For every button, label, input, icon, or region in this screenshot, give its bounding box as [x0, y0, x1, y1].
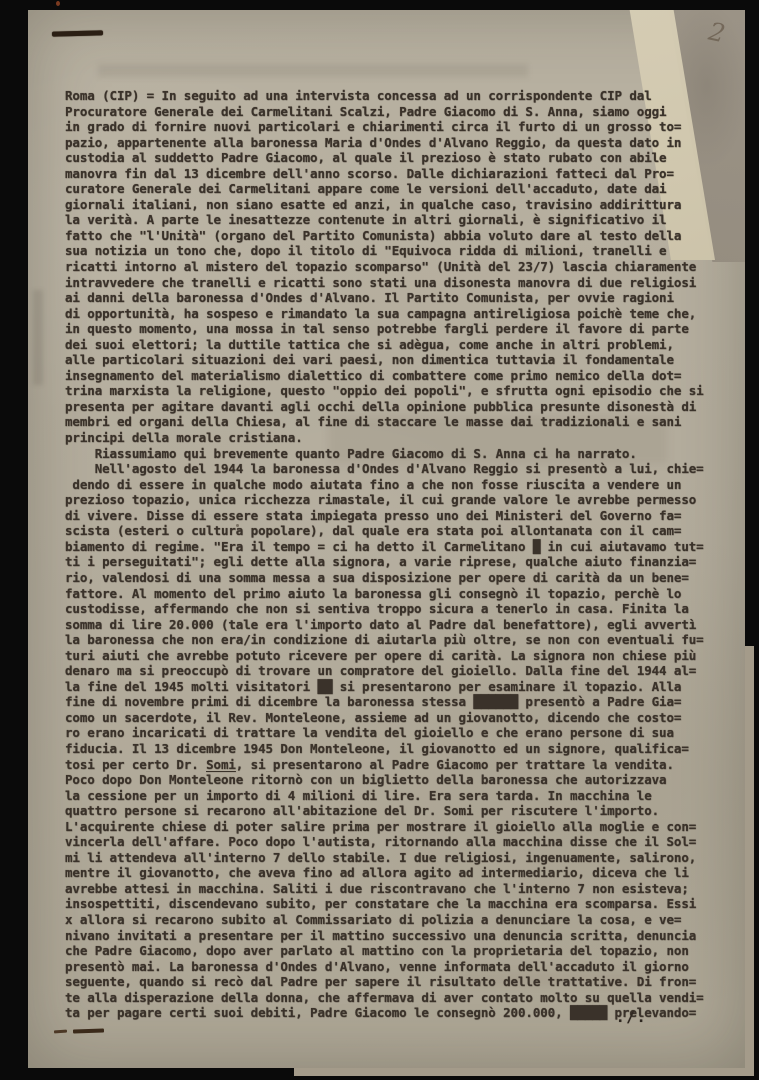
pen-mark-top-left [52, 30, 103, 36]
margin-smudge [33, 290, 43, 385]
text-line: seguente, quando si recò dal Padre per s… [65, 974, 725, 990]
underlined-text: Somi [206, 757, 236, 772]
text-line: dendo di essere in qualche modo aiutata … [65, 477, 725, 493]
text-line: insospettiti, discendevano subito, per c… [65, 896, 725, 912]
text-line: vincerla dell'affare. Poco dopo l'autist… [65, 834, 725, 850]
document-page: 2 Roma (CIP) = In seguito ad una intervi… [28, 10, 745, 1068]
text-line: tosi per certo Dr. Somi, si presentarono… [65, 757, 725, 773]
text-line: mentre il giovanotto, che aveva fino ad … [65, 865, 725, 881]
text-line: intravvedere che tranelli e ricatti sono… [65, 275, 725, 291]
text-line: giornali italiani, non siano esatte ed a… [65, 197, 725, 213]
text-line: la baronessa che non era/in condizione d… [65, 632, 725, 648]
text-line: prezioso topazio, unica ricchezza rimast… [65, 492, 725, 508]
text-line: sua notizia un tono che, dopo il titolo … [65, 243, 725, 259]
text-line: fiducia. Il 13 dicembre 1945 Don Montele… [65, 741, 725, 757]
text-line: presentò mai. La baronessa d'Ondes d'Alv… [65, 959, 725, 975]
text-line: la fine del 1945 molti visitatori ██ si … [65, 679, 725, 695]
text-line: nivano invitati a presentare per il matt… [65, 928, 725, 944]
text-line: mi li attendeva all'interno 7 dello stab… [65, 850, 725, 866]
text-line: trina marxista la religione, questo "opp… [65, 383, 725, 399]
paper-speck [56, 1, 60, 6]
text-line: Nell'agosto del 1944 la baronessa d'Onde… [65, 461, 725, 477]
text-line: Riassumiamo qui brevemente quanto Padre … [65, 446, 725, 462]
typed-text: Roma (CIP) = In seguito ad una intervist… [65, 88, 725, 1021]
text-line: te alla disperazione della donna, che af… [65, 990, 725, 1006]
text-line: dei suoi elettori; la duttile tattica ch… [65, 337, 725, 353]
text-line: alle particolari situazioni dei vari pae… [65, 352, 725, 368]
text-line: somma di lire 20.000 (tale era l'importo… [65, 617, 725, 633]
text-line: fine di novembre primi di dicembre la ba… [65, 694, 725, 710]
text-line: Poco dopo Don Monteleone ritornò con un … [65, 772, 725, 788]
text-line: turi aiuti che avrebbe potuto ricevere p… [65, 648, 725, 664]
text-line: manovra fin dal 13 dicembre dell'anno sc… [65, 166, 725, 182]
text-line: quattro persone si recarono all'abitazio… [65, 803, 725, 819]
text-line: ro erano incaricati di trattare la vendi… [65, 725, 725, 741]
text-line: curatore Generale dei Carmelitani appare… [65, 181, 725, 197]
text-line: principi della morale cristiana. [65, 430, 725, 446]
scan-background: 2 Roma (CIP) = In seguito ad una intervi… [0, 0, 759, 1080]
pen-mark-bottom-left-2 [73, 1028, 104, 1033]
text-line: di vivere. Disse di essere stata impiega… [65, 508, 725, 524]
text-line: in grado di fornire nuovi particolari e … [65, 119, 725, 135]
text-line: custodia al suddetto Padre Giacomo, al q… [65, 150, 725, 166]
text-line: pazio, appartenente alla baronessa Maria… [65, 135, 725, 151]
text-line: ricatti intorno al mistero del topazio s… [65, 259, 725, 275]
text-line: che Padre Giacomo, dopo aver parlato al … [65, 943, 725, 959]
text-line: in questo momento, una mossa in tal sens… [65, 321, 725, 337]
text-line: di opportunità, ha sospeso e rimandato l… [65, 306, 725, 322]
text-line: biamento di regime. "Era il tempo = ci h… [65, 539, 725, 555]
text-line: denaro ma si preoccupò di trovare un com… [65, 663, 725, 679]
text-line: la cessione per un importo di 4 milioni … [65, 788, 725, 804]
text-line: Procuratore Generale dei Carmelitani Sca… [65, 104, 725, 120]
text-line: avrebbe attesi in macchina. Saliti i due… [65, 881, 725, 897]
pen-mark-bottom-left-1 [54, 1030, 67, 1034]
continuation-mark: ./. [616, 1010, 647, 1026]
text-line: presenta per agitare davanti agli occhi … [65, 399, 725, 415]
text-line: ai danni della baronessa d'Ondes d'Alvan… [65, 290, 725, 306]
text-line: custodisse, affermando che non si sentiv… [65, 601, 725, 617]
text-line: Roma (CIP) = In seguito ad una intervist… [65, 88, 725, 104]
text-line: ti i perseguitati"; egli dette alla sign… [65, 554, 725, 570]
text-line: como un sacerdote, il Rev. Monteleone, a… [65, 710, 725, 726]
text-line: fatto che "l'Unità" (organo del Partito … [65, 228, 725, 244]
bleed-through-smudge [98, 64, 528, 77]
text-line: L'acquirente chiese di poter salire prim… [65, 819, 725, 835]
text-line: membri ed organi della Chiesa, al fine d… [65, 414, 725, 430]
text-line: fattore. Al momento del primo aiuto la b… [65, 586, 725, 602]
text-line: insegnamento del materialismo dialettico… [65, 368, 725, 384]
text-line: la verità. A parte le inesattezze conten… [65, 212, 725, 228]
text-line: rio, valendosi di una somma messa a sua … [65, 570, 725, 586]
text-line: scista (esteri o cultura popolare), dal … [65, 523, 725, 539]
text-line: x allora si recarono subito al Commissar… [65, 912, 725, 928]
